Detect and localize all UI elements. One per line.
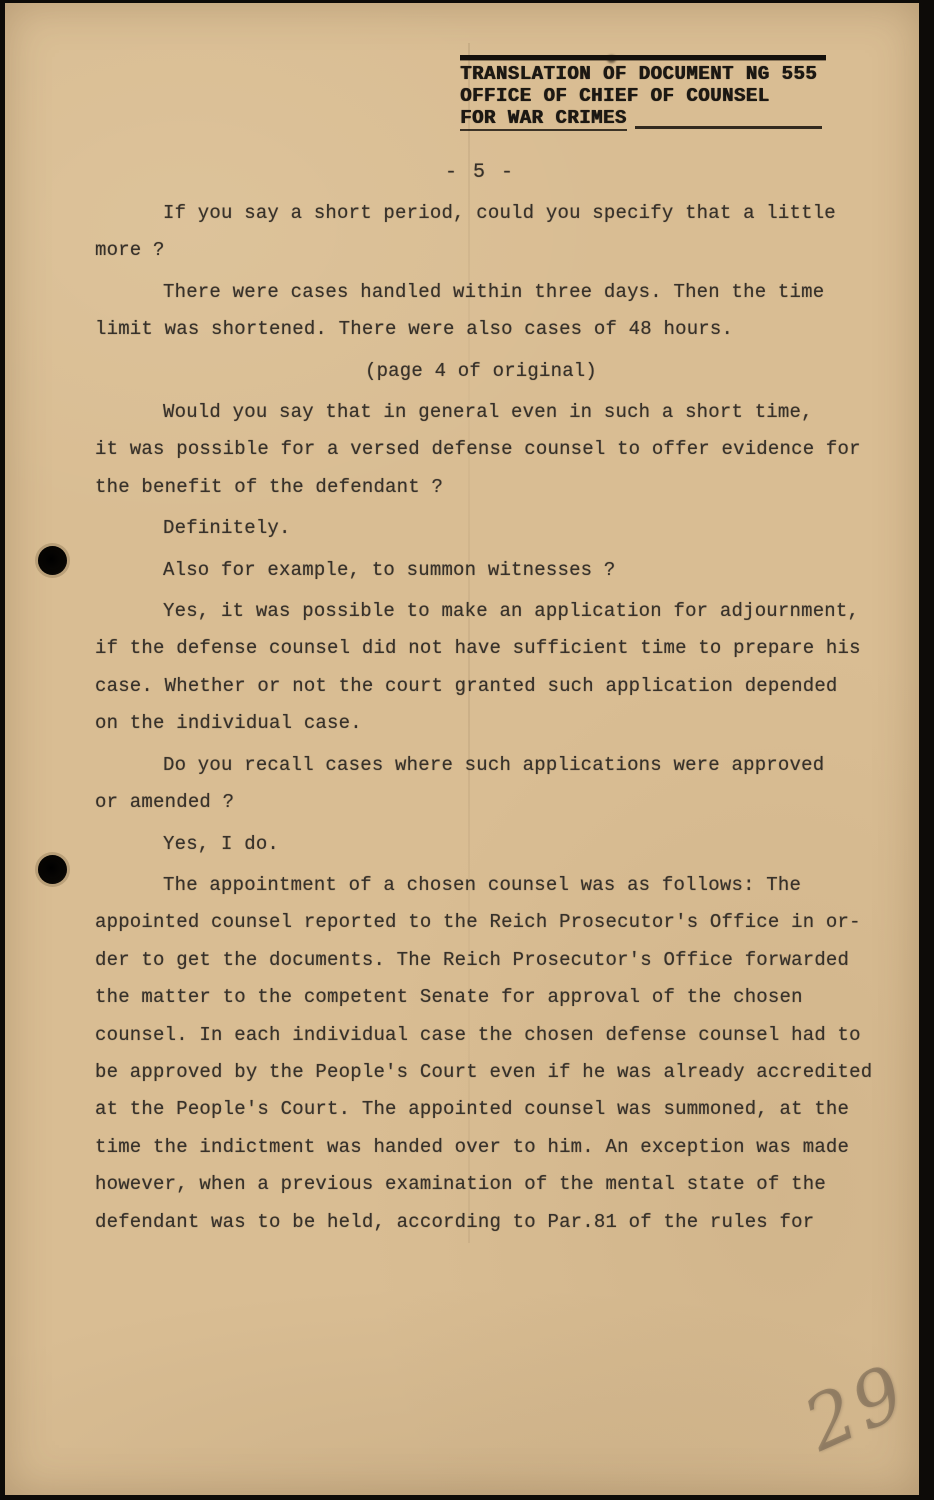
stamp-top-rule [460, 55, 826, 60]
paragraph: There were cases handled within three da… [95, 274, 867, 349]
paragraph: Definitely. [95, 510, 867, 547]
text-line: case. Whether or not the court granted s… [95, 668, 867, 705]
text-line: on the individual case. [95, 705, 867, 742]
text-line: (page 4 of original) [95, 353, 867, 390]
handwritten-page-number: 29 [792, 1348, 920, 1468]
scanned-document-page: { "document": { "stamp": { "line1": "TRA… [0, 0, 934, 1500]
document-body: If you say a short period, could you spe… [95, 195, 867, 1245]
text-line: the matter to the competent Senate for a… [95, 979, 867, 1016]
text-line: counsel. In each individual case the cho… [95, 1017, 867, 1054]
text-line: however, when a previous examination of … [95, 1166, 867, 1203]
paragraph: The appointment of a chosen counsel was … [95, 867, 867, 1241]
text-line: Yes, I do. [95, 826, 867, 863]
paragraph: Yes, I do. [95, 826, 867, 863]
stamp-underline-rule [635, 126, 822, 129]
paper-sheet: TRANSLATION OF DOCUMENT NG 555 OFFICE OF… [5, 3, 919, 1495]
text-line: Would you say that in general even in su… [95, 394, 867, 431]
text-line: be approved by the People's Court even i… [95, 1054, 867, 1091]
page-number: - 5 - [95, 161, 865, 184]
text-line: der to get the documents. The Reich Pros… [95, 942, 867, 979]
text-line: the benefit of the defendant ? [95, 469, 867, 506]
text-line: limit was shortened. There were also cas… [95, 311, 867, 348]
paragraph: If you say a short period, could you spe… [95, 195, 867, 270]
text-line: it was possible for a versed defense cou… [95, 431, 867, 468]
text-line: Definitely. [95, 510, 867, 547]
text-line: There were cases handled within three da… [95, 274, 867, 311]
text-line: if the defense counsel did not have suff… [95, 630, 867, 667]
text-line: The appointment of a chosen counsel was … [95, 867, 867, 904]
text-line: If you say a short period, could you spe… [95, 195, 867, 232]
hole-punch-bottom [38, 855, 67, 884]
text-line: appointed counsel reported to the Reich … [95, 904, 867, 941]
paragraph: Yes, it was possible to make an applicat… [95, 593, 867, 743]
translation-stamp: TRANSLATION OF DOCUMENT NG 555 OFFICE OF… [460, 55, 826, 131]
text-line: at the People's Court. The appointed cou… [95, 1091, 867, 1128]
paragraph: Would you say that in general even in su… [95, 394, 867, 506]
text-line: Also for example, to summon witnesses ? [95, 552, 867, 589]
paragraph: Do you recall cases where such applicati… [95, 747, 867, 822]
text-line: Do you recall cases where such applicati… [95, 747, 867, 784]
stamp-line-2: OFFICE OF CHIEF OF COUNSEL [460, 85, 826, 107]
text-line: or amended ? [95, 784, 867, 821]
text-line: defendant was to be held, according to P… [95, 1204, 867, 1241]
paragraph: (page 4 of original) [95, 353, 867, 390]
text-line: more ? [95, 232, 867, 269]
stamp-line-3-row: FOR WAR CRIMES [460, 107, 826, 131]
hole-punch-top [38, 546, 67, 575]
text-line: Yes, it was possible to make an applicat… [95, 593, 867, 630]
stamp-line-1: TRANSLATION OF DOCUMENT NG 555 [460, 63, 826, 85]
paragraph: Also for example, to summon witnesses ? [95, 552, 867, 589]
text-line: time the indictment was handed over to h… [95, 1129, 867, 1166]
stamp-line-3: FOR WAR CRIMES [460, 107, 627, 131]
paragraphs: If you say a short period, could you spe… [95, 195, 867, 1241]
